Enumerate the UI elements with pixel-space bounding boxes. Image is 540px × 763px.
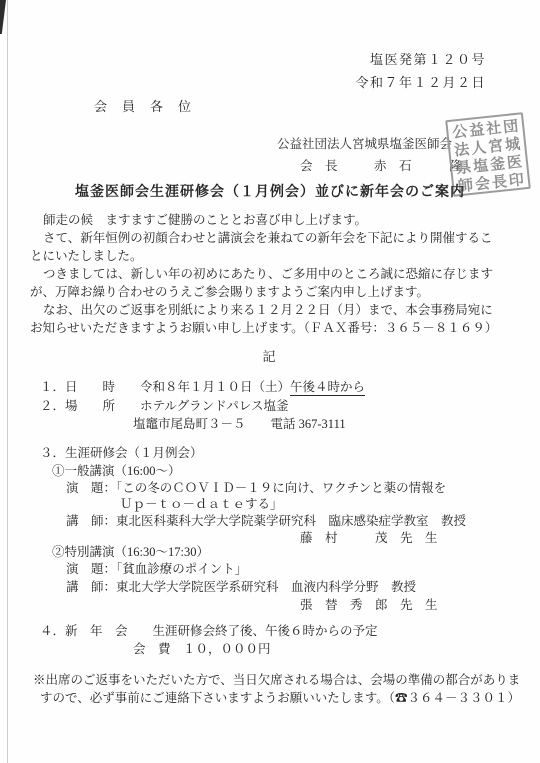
recipient: 会 員 各 位 — [94, 99, 192, 115]
scan-corner-mark — [0, 0, 6, 34]
general-lecture-heading: ①一般講演（16:00～） — [52, 464, 180, 480]
body-line-5: が、万障お繰り合わせのうえご参会賜りますようご案内申し上げます。 — [30, 283, 497, 301]
body-line-7: お知らせいただきますようお願い申し上げます。（ＦＡＸ番号：３６５－８１６９） — [30, 319, 497, 337]
special-lecturer-affiliation: 講 師：東北大学大学院医学系研究科 血液内科学分野 教授 — [66, 580, 416, 596]
general-lecturer-affiliation: 講 師：東北医科薬科大学大学院薬学研究科 臨床感染症学教室 教授 — [66, 514, 466, 530]
sender-name: 赤 石 隆 — [374, 159, 462, 175]
item-new-year-party: ４．新 年 会 生涯研修会終了後、午後６時からの予定 — [40, 624, 378, 640]
general-lecture-topic-line2: Ｕｐ－ｔｏ－ｄａｔｅする」 — [120, 497, 283, 513]
doc-number: 塩医発第１２０号 — [355, 48, 486, 71]
body-line-6: なお、出欠のご返事を別紙により来る１２月２２日（月）まで、本会事務局宛に — [30, 301, 497, 319]
general-lecturer-name: 藤 村 茂 先 生 — [300, 531, 438, 547]
footnote-line-1: ※出席のご返事をいただいた方で、当日欠席される場合は、会場の準備の都合がありま — [33, 673, 520, 689]
footnote-line-2: すので、必ず事前にご連絡下さいますようお願いいたします。（☎３６４－３３０１） — [40, 691, 520, 707]
datetime-text: １．日 時 令和８年１月１０日（土） — [40, 380, 290, 394]
special-lecture-topic: 演 題：「貧血診療のポイント」 — [66, 562, 247, 578]
item-place: ２．場 所 ホテルグランドパレス塩釜 — [40, 399, 289, 415]
body-line-2: さて、新年恒例の初顔合わせと講演会を兼ねての新年会を下記により開催するこ — [30, 229, 497, 247]
document-header-right: 塩医発第１２０号 令和７年１２月２日 — [355, 48, 486, 94]
ki-marker: 記 — [0, 349, 540, 365]
special-lecture-heading: ②特別講演（16:30～17:30） — [52, 545, 209, 561]
place-address: 塩竈市尾島町３－５ 電話 367-3111 — [133, 417, 346, 433]
scanned-letter-page: 塩医発第１２０号 令和７年１２月２日 会 員 各 位 公益社団法人宮城県塩釜医師… — [0, 0, 540, 763]
item-datetime: １．日 時 令和８年１月１０日（土）午後４時から — [40, 380, 365, 396]
body-line-1: 師走の候 ますますご健勝のこととお喜び申し上げます。 — [30, 211, 497, 229]
doc-date: 令和７年１２月２日 — [355, 71, 486, 94]
body-line-3: とにいたしました。 — [30, 247, 497, 265]
body-paragraphs: 師走の候 ますますご健勝のこととお喜び申し上げます。 さて、新年恒例の初顔合わせ… — [30, 211, 497, 337]
item-seminar-heading: ３．生涯研修会（１月例会） — [40, 446, 203, 462]
scan-edge-artifact — [7, 0, 8, 763]
party-fee: 会 費 １０，０００円 — [133, 642, 271, 658]
document-title: 塩釜医師会生涯研修会（１月例会）並びに新年会のご案内 — [0, 184, 540, 202]
sender-title: 会 長 — [300, 159, 338, 175]
general-lecture-topic-line1: 演 題：「この冬のＣＯＶＩＤ－１９に向け、ワクチンと薬の情報を — [66, 481, 446, 497]
sender-organization: 公益社団法人宮城県塩釜医師会 — [277, 137, 452, 153]
special-lecturer-name: 張 替 秀 郎 先 生 — [300, 598, 438, 614]
body-line-4: つきましては、新しい年の初めにあたり、ご多用中のところ誠に恐縮に存じます — [30, 265, 497, 283]
datetime-underlined-time: 午後４時から — [290, 380, 365, 396]
